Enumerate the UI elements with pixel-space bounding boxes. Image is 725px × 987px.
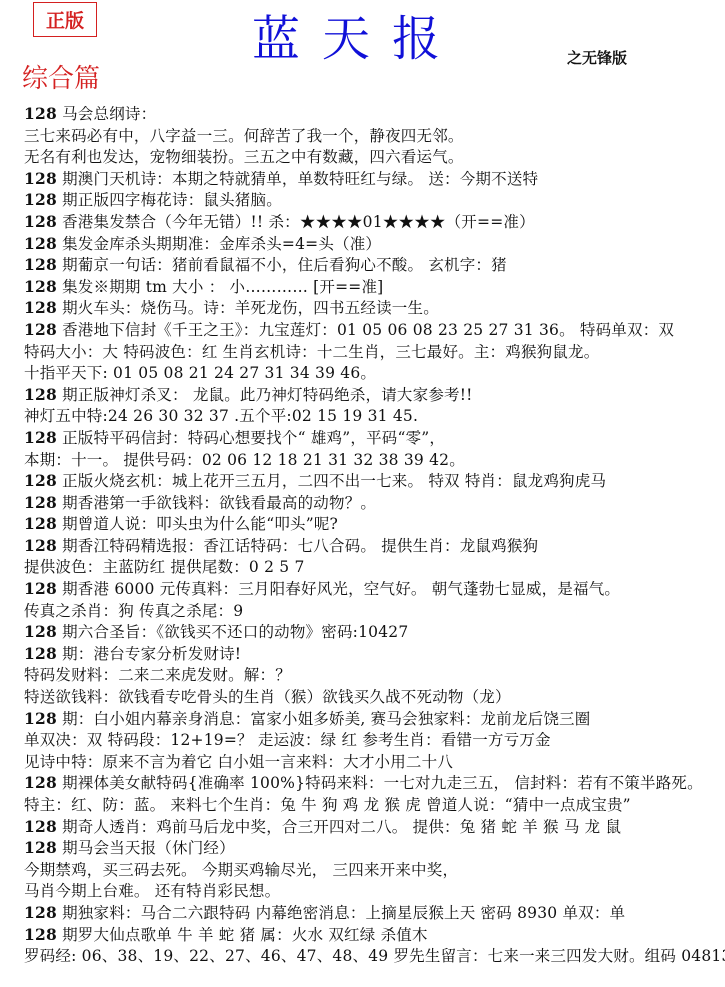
line-text: 罗码经: 06、38、19、22、27、46、47、48、49 罗先生留言：七来… <box>24 947 725 965</box>
line-text: 期六合圣旨：《欲钱买不还口的动物》密码:10427 <box>57 623 408 641</box>
line-text: 期：港台专家分析发财诗! <box>57 645 241 663</box>
text-line: 本期：十一。 提供号码：02 06 12 18 21 31 32 38 39 4… <box>24 449 724 471</box>
issue-number: 128 <box>24 536 57 555</box>
issue-number: 128 <box>24 579 57 598</box>
issue-number: 128 <box>24 234 57 253</box>
text-line: 128 期香港 6000 元传真料：三月阳春好风光，空气好。 朝气蓬勃七显威，是… <box>24 578 724 600</box>
text-line: 单双决：双 特码段：12+19=？ 走运波：绿 红 参考生肖：看错一方亏万金 <box>24 729 724 751</box>
line-text: 三七来码必有中，八字益一三。何辞苦了我一个，静夜四无邻。 <box>24 127 464 145</box>
text-line: 128 香港地下信封《千王之王》：九宝莲灯：01 05 06 08 23 25 … <box>24 319 724 341</box>
line-text: 期独家料：马合二六跟特码 内幕绝密消息：上摘星辰猴上天 密码 8930 单双：单 <box>57 904 625 922</box>
line-text: 马肖今期上台难。 还有特肖彩民想。 <box>24 882 280 900</box>
text-line: 128 正版火烧玄机：城上花开三五月，二四不出一七来。 特双 特肖：鼠龙鸡狗虎马 <box>24 470 724 492</box>
text-line: 128 集发※期期 tm 大小 ： 小………… [开==准] <box>24 276 724 298</box>
line-text: 单双决：双 特码段：12+19=？ 走运波：绿 红 参考生肖：看错一方亏万金 <box>24 731 551 749</box>
line-text: 香港集发禁合（今年无错）!! 杀：★★★★01★★★★（开==准） <box>57 213 535 231</box>
text-line: 128 期香江特码精选报：香江话特码：七八合码。 提供生肖：龙鼠鸡猴狗 <box>24 535 724 557</box>
issue-number: 128 <box>24 773 57 792</box>
text-line: 今期禁鸡，买三码去死。 今期买鸡输尽光， 三四来开来中奖， <box>24 859 724 881</box>
text-line: 128 期：白小姐内幕亲身消息：富家小姐多娇美, 赛马会独家料：龙前龙后饶三圈 <box>24 708 724 730</box>
text-line: 128 期裸体美女献特码{准确率 100%}特码来料：一七对九走三五， 信封料：… <box>24 772 724 794</box>
line-text: 期香港 6000 元传真料：三月阳春好风光，空气好。 朝气蓬勃七显威，是福气。 <box>57 580 620 598</box>
line-text: 特送欲钱料：欲钱看专吃骨头的生肖（猴）欲钱买久战不死动物（龙） <box>24 688 511 706</box>
issue-number: 128 <box>24 493 57 512</box>
text-line: 128 期香港第一手欲钱料：欲钱看最高的动物？。 <box>24 492 724 514</box>
issue-number: 128 <box>24 190 57 209</box>
line-text: 期罗大仙点歌单 牛 羊 蛇 猪 属：火水 双红绿 杀值木 <box>57 926 428 944</box>
line-text: 正版火烧玄机：城上花开三五月，二四不出一七来。 特双 特肖：鼠龙鸡狗虎马 <box>57 472 606 490</box>
issue-number: 128 <box>24 622 57 641</box>
text-line: 128 集发金库杀头期期准：金库杀头=4=头（准） <box>24 233 724 255</box>
issue-number: 128 <box>24 925 57 944</box>
line-text: 今期禁鸡，买三码去死。 今期买鸡输尽光， 三四来开来中奖， <box>24 861 458 879</box>
issue-number: 128 <box>24 838 57 857</box>
text-line: 128 期六合圣旨：《欲钱买不还口的动物》密码:10427 <box>24 621 724 643</box>
issue-number: 128 <box>24 212 57 231</box>
line-text: 特主：红、防：蓝。 来料七个生肖：兔 牛 狗 鸡 龙 猴 虎 曾道人说：“猜中一… <box>24 796 631 814</box>
issue-number: 128 <box>24 428 57 447</box>
newspaper-title: 蓝天报 <box>252 0 462 69</box>
text-line: 128 期葡京一句话：猪前看鼠福不小，住后看狗心不酸。 玄机字：猪 <box>24 254 724 276</box>
text-line: 十指平天下: 01 05 08 21 24 27 31 34 39 46。 <box>24 362 724 384</box>
issue-number: 128 <box>24 104 57 123</box>
line-text: 期香江特码精选报：香江话特码：七八合码。 提供生肖：龙鼠鸡猴狗 <box>57 537 538 555</box>
text-line: 神灯五中特:24 26 30 32 37 .五个平:02 15 19 31 45… <box>24 405 724 427</box>
text-line: 罗码经: 06、38、19、22、27、46、47、48、49 罗先生留言：七来… <box>24 945 724 967</box>
text-line: 传真之杀肖：狗 传真之杀尾：9 <box>24 600 724 622</box>
line-text: 集发金库杀头期期准：金库杀头=4=头（准） <box>57 235 381 253</box>
text-line: 128 期正版神灯杀叉： 龙鼠。此乃神灯特码绝杀，请大家参考!! <box>24 384 724 406</box>
text-line: 见诗中特：原来不言为着它 白小姐一言来料：大才小用二十八 <box>24 751 724 773</box>
line-text: 无名有利也发达，宠物细装扮。三五之中有数藏，四六看运气。 <box>24 148 464 166</box>
text-line: 128 正版特平码信封：特码心想要找个“ 雄鸡”，平码“零”， <box>24 427 724 449</box>
issue-number: 128 <box>24 903 57 922</box>
issue-number: 128 <box>24 709 57 728</box>
edition-label: 之无锋版 <box>567 47 627 68</box>
authentic-stamp: 正版 <box>33 2 97 37</box>
text-line: 128 期奇人透肖：鸡前马后龙中奖，合三开四对二八。 提供：兔 猪 蛇 羊 猴 … <box>24 816 724 838</box>
text-line: 128 期火车头：烧伤马。诗：羊死龙伤，四书五经读一生。 <box>24 297 724 319</box>
line-text: 马会总纲诗： <box>57 105 156 123</box>
issue-number: 128 <box>24 298 57 317</box>
text-line: 128 期曾道人说：叩头虫为什么能“叩头”呢? <box>24 513 724 535</box>
text-line: 特送欲钱料：欲钱看专吃骨头的生肖（猴）欲钱买久战不死动物（龙） <box>24 686 724 708</box>
issue-number: 128 <box>24 277 57 296</box>
line-text: 十指平天下: 01 05 08 21 24 27 31 34 39 46。 <box>24 364 376 382</box>
line-text: 期香港第一手欲钱料：欲钱看最高的动物？。 <box>57 494 376 512</box>
text-line: 128 期：港台专家分析发财诗! <box>24 643 724 665</box>
line-text: 期马会当天报（休门经） <box>57 839 235 857</box>
issue-number: 128 <box>24 169 57 188</box>
issue-number: 128 <box>24 644 57 663</box>
line-text: 提供波色：主蓝防红 提供尾数：0 2 5 7 <box>24 558 305 576</box>
article-body: 128 马会总纲诗：三七来码必有中，八字益一三。何辞苦了我一个，静夜四无邻。无名… <box>24 103 724 967</box>
issue-number: 128 <box>24 320 57 339</box>
line-text: 期：白小姐内幕亲身消息：富家小姐多娇美, 赛马会独家料：龙前龙后饶三圈 <box>57 710 590 728</box>
text-line: 128 期罗大仙点歌单 牛 羊 蛇 猪 属：火水 双红绿 杀值木 <box>24 924 724 946</box>
line-text: 香港地下信封《千王之王》：九宝莲灯：01 05 06 08 23 25 27 3… <box>57 321 674 339</box>
line-text: 神灯五中特:24 26 30 32 37 .五个平:02 15 19 31 45… <box>24 407 418 425</box>
text-line: 128 期马会当天报（休门经） <box>24 837 724 859</box>
issue-number: 128 <box>24 385 57 404</box>
line-text: 见诗中特：原来不言为着它 白小姐一言来料：大才小用二十八 <box>24 753 453 771</box>
text-line: 特主：红、防：蓝。 来料七个生肖：兔 牛 狗 鸡 龙 猴 虎 曾道人说：“猜中一… <box>24 794 724 816</box>
text-line: 特码大小：大 特码波色：红 生肖玄机诗：十二生肖，三七最好。主：鸡猴狗鼠龙。 <box>24 341 724 363</box>
line-text: 期裸体美女献特码{准确率 100%}特码来料：一七对九走三五， 信封料：若有不策… <box>57 774 703 792</box>
text-line: 128 期独家料：马合二六跟特码 内幕绝密消息：上摘星辰猴上天 密码 8930 … <box>24 902 724 924</box>
line-text: 期曾道人说：叩头虫为什么能“叩头”呢? <box>57 515 338 533</box>
text-line: 128 马会总纲诗： <box>24 103 724 125</box>
line-text: 集发※期期 tm 大小 ： 小………… [开==准] <box>57 278 383 296</box>
line-text: 期澳门天机诗：本期之特就猜单，单数特旺红与绿。 送：今期不送特 <box>57 170 538 188</box>
line-text: 本期：十一。 提供号码：02 06 12 18 21 31 32 38 39 4… <box>24 451 465 469</box>
issue-number: 128 <box>24 255 57 274</box>
line-text: 期正版神灯杀叉： 龙鼠。此乃神灯特码绝杀，请大家参考!! <box>57 386 473 404</box>
text-line: 128 期澳门天机诗：本期之特就猜单，单数特旺红与绿。 送：今期不送特 <box>24 168 724 190</box>
issue-number: 128 <box>24 817 57 836</box>
line-text: 期火车头：烧伤马。诗：羊死龙伤，四书五经读一生。 <box>57 299 439 317</box>
issue-number: 128 <box>24 514 57 533</box>
line-text: 传真之杀肖：狗 传真之杀尾：9 <box>24 602 243 620</box>
section-title: 综合篇 <box>22 58 100 95</box>
text-line: 马肖今期上台难。 还有特肖彩民想。 <box>24 880 724 902</box>
text-line: 128 香港集发禁合（今年无错）!! 杀：★★★★01★★★★（开==准） <box>24 211 724 233</box>
line-text: 正版特平码信封：特码心想要找个“ 雄鸡”，平码“零”， <box>57 429 445 447</box>
text-line: 128 期正版四字梅花诗：鼠头猪脑。 <box>24 189 724 211</box>
text-line: 特码发财料：二来二来虎发财。解：？ <box>24 664 724 686</box>
text-line: 无名有利也发达，宠物细装扮。三五之中有数藏，四六看运气。 <box>24 146 724 168</box>
line-text: 期葡京一句话：猪前看鼠福不小，住后看狗心不酸。 玄机字：猪 <box>57 256 507 274</box>
line-text: 期奇人透肖：鸡前马后龙中奖，合三开四对二八。 提供：兔 猪 蛇 羊 猴 马 龙 … <box>57 818 621 836</box>
issue-number: 128 <box>24 471 57 490</box>
text-line: 三七来码必有中，八字益一三。何辞苦了我一个，静夜四无邻。 <box>24 125 724 147</box>
text-line: 提供波色：主蓝防红 提供尾数：0 2 5 7 <box>24 556 724 578</box>
line-text: 特码发财料：二来二来虎发财。解：？ <box>24 666 291 684</box>
line-text: 期正版四字梅花诗：鼠头猪脑。 <box>57 191 282 209</box>
line-text: 特码大小：大 特码波色：红 生肖玄机诗：十二生肖，三七最好。主：鸡猴狗鼠龙。 <box>24 343 599 361</box>
